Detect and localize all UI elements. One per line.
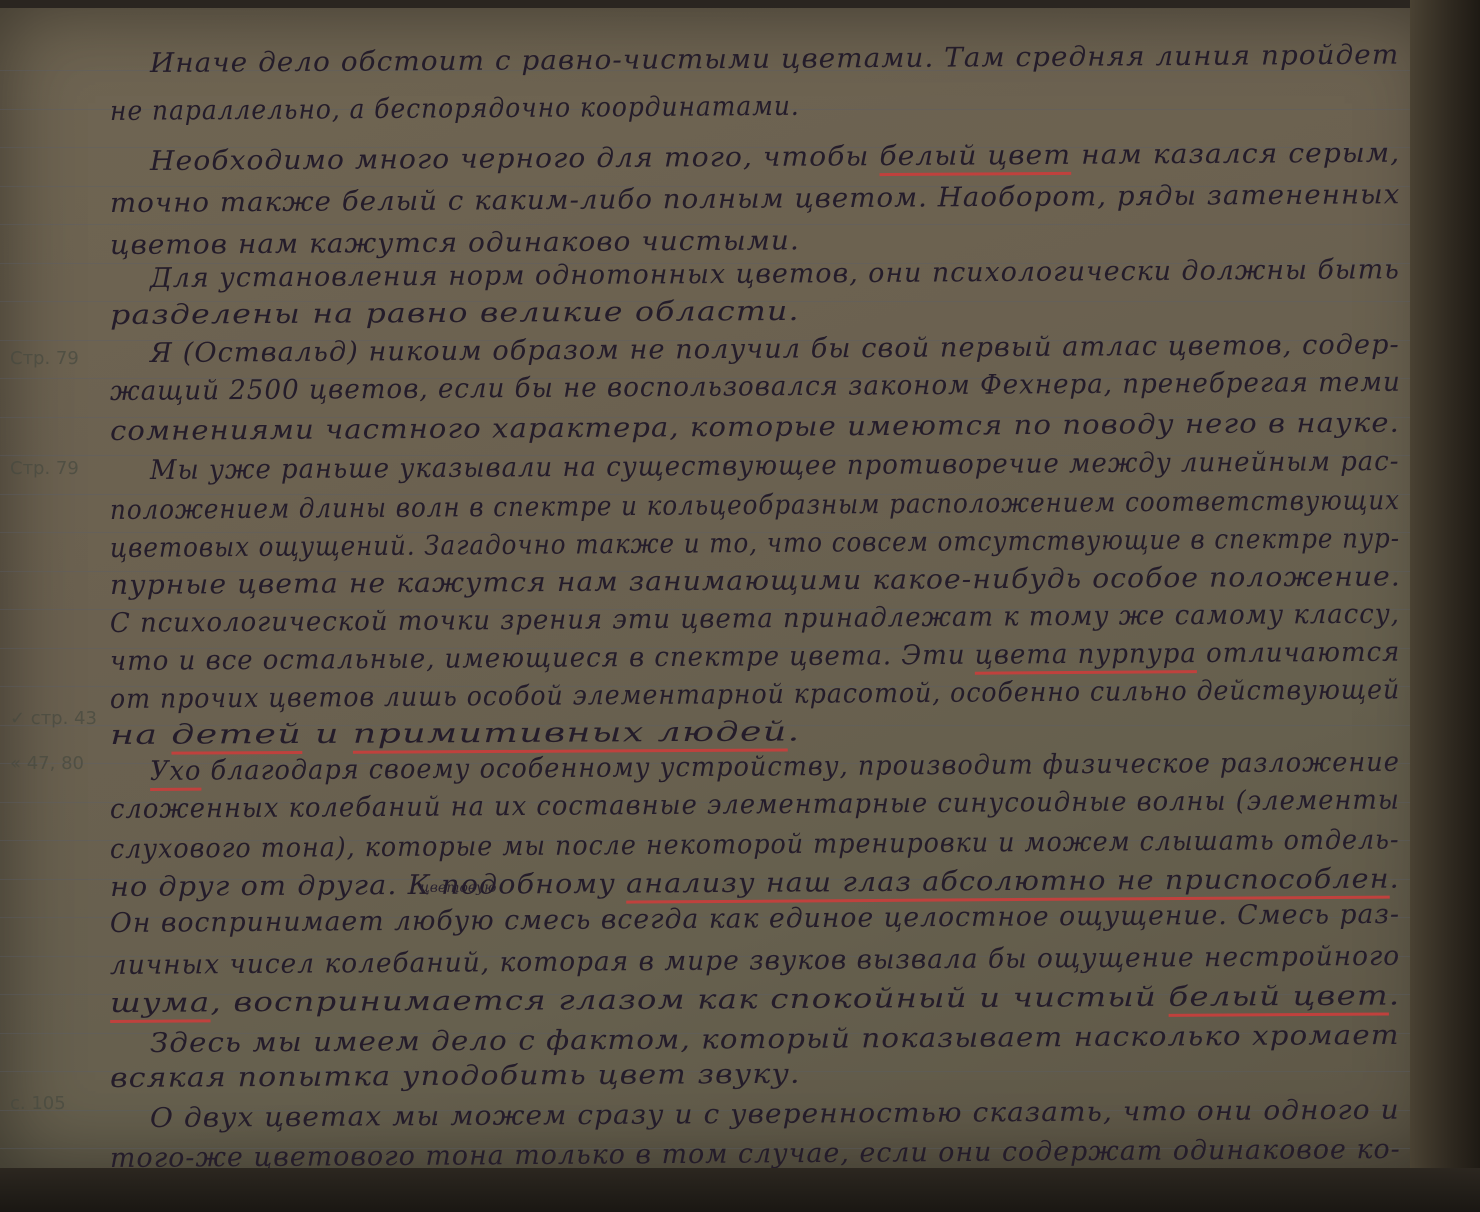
text-line: от прочих цветов лишь особой элементарно… <box>110 674 1400 715</box>
text-line: что и все остальные, имеющиеся в спектре… <box>110 637 1400 677</box>
text-line: цветовых ощущений. Загадочно также и то,… <box>110 523 1400 564</box>
margin-note: с. 105 <box>10 1093 66 1114</box>
text-line: личных чисел колебаний, которая в мире з… <box>110 941 1400 981</box>
text-line: шума, воспринимается глазом как спокойны… <box>110 980 1401 1019</box>
text-line: того-же цветового тона только в том случ… <box>110 1134 1401 1168</box>
text-line: Он воспринимает любую смесь всегда как е… <box>110 899 1400 939</box>
notebook-page: Иначе дело обстоит с равно-чистыми цвета… <box>0 8 1440 1168</box>
interlinear-insertion: цветовую <box>420 880 497 896</box>
text-line: Я (Оствальд) никоим образом не получил б… <box>150 329 1400 369</box>
text-line: на детей и примитивных людей. <box>110 716 801 751</box>
text-line: положением длины волн в спектре и кольце… <box>110 485 1400 526</box>
text-line: цветов нам кажутся одинаково чистыми. <box>110 225 800 261</box>
margin-note: « 47, 80 <box>10 753 84 774</box>
ruled-line <box>0 224 1440 225</box>
text-line: сомнениями частного характера, которые и… <box>110 408 1400 447</box>
text-line: пурные цвета не кажутся нам занимающими … <box>110 561 1401 601</box>
margin-note: Стр. 79 <box>10 348 79 369</box>
text-line: всякая попытка уподобить цвет звуку. <box>110 1059 801 1094</box>
notebook-spine-shadow <box>1410 0 1480 1212</box>
text-line: не параллельно, а беспорядочно координат… <box>110 91 800 127</box>
text-line: но друг от друга. К подобному анализу на… <box>110 864 1400 903</box>
text-line: Необходимо много черного для того, чтобы… <box>150 138 1400 177</box>
text-line: слухового тона), которые мы после некото… <box>110 824 1400 865</box>
text-line: Ухо благодаря своему особенному устройст… <box>150 747 1400 787</box>
text-line: Для установления норм однотонных цветов,… <box>150 254 1400 294</box>
text-line: О двух цветах мы можем сразу и с уверенн… <box>150 1095 1400 1134</box>
text-line: С психологической точки зрения эти цвета… <box>110 599 1400 639</box>
margin-note: Стр. 79 <box>10 458 79 479</box>
text-line: разделены на равно великие области. <box>110 296 800 331</box>
margin-note: ✓ стр. 43 <box>10 708 97 729</box>
text-line: Иначе дело обстоит с равно-чистыми цвета… <box>150 40 1399 79</box>
page-bottom-edge <box>0 1168 1480 1212</box>
text-line: сложенных колебаний на их составные элем… <box>110 785 1400 825</box>
text-line: Мы уже раньше указывали на существующее … <box>150 446 1400 486</box>
text-line: жащий 2500 цветов, если бы не воспользов… <box>110 367 1401 407</box>
text-line: Здесь мы имеем дело с фактом, который по… <box>150 1020 1400 1059</box>
